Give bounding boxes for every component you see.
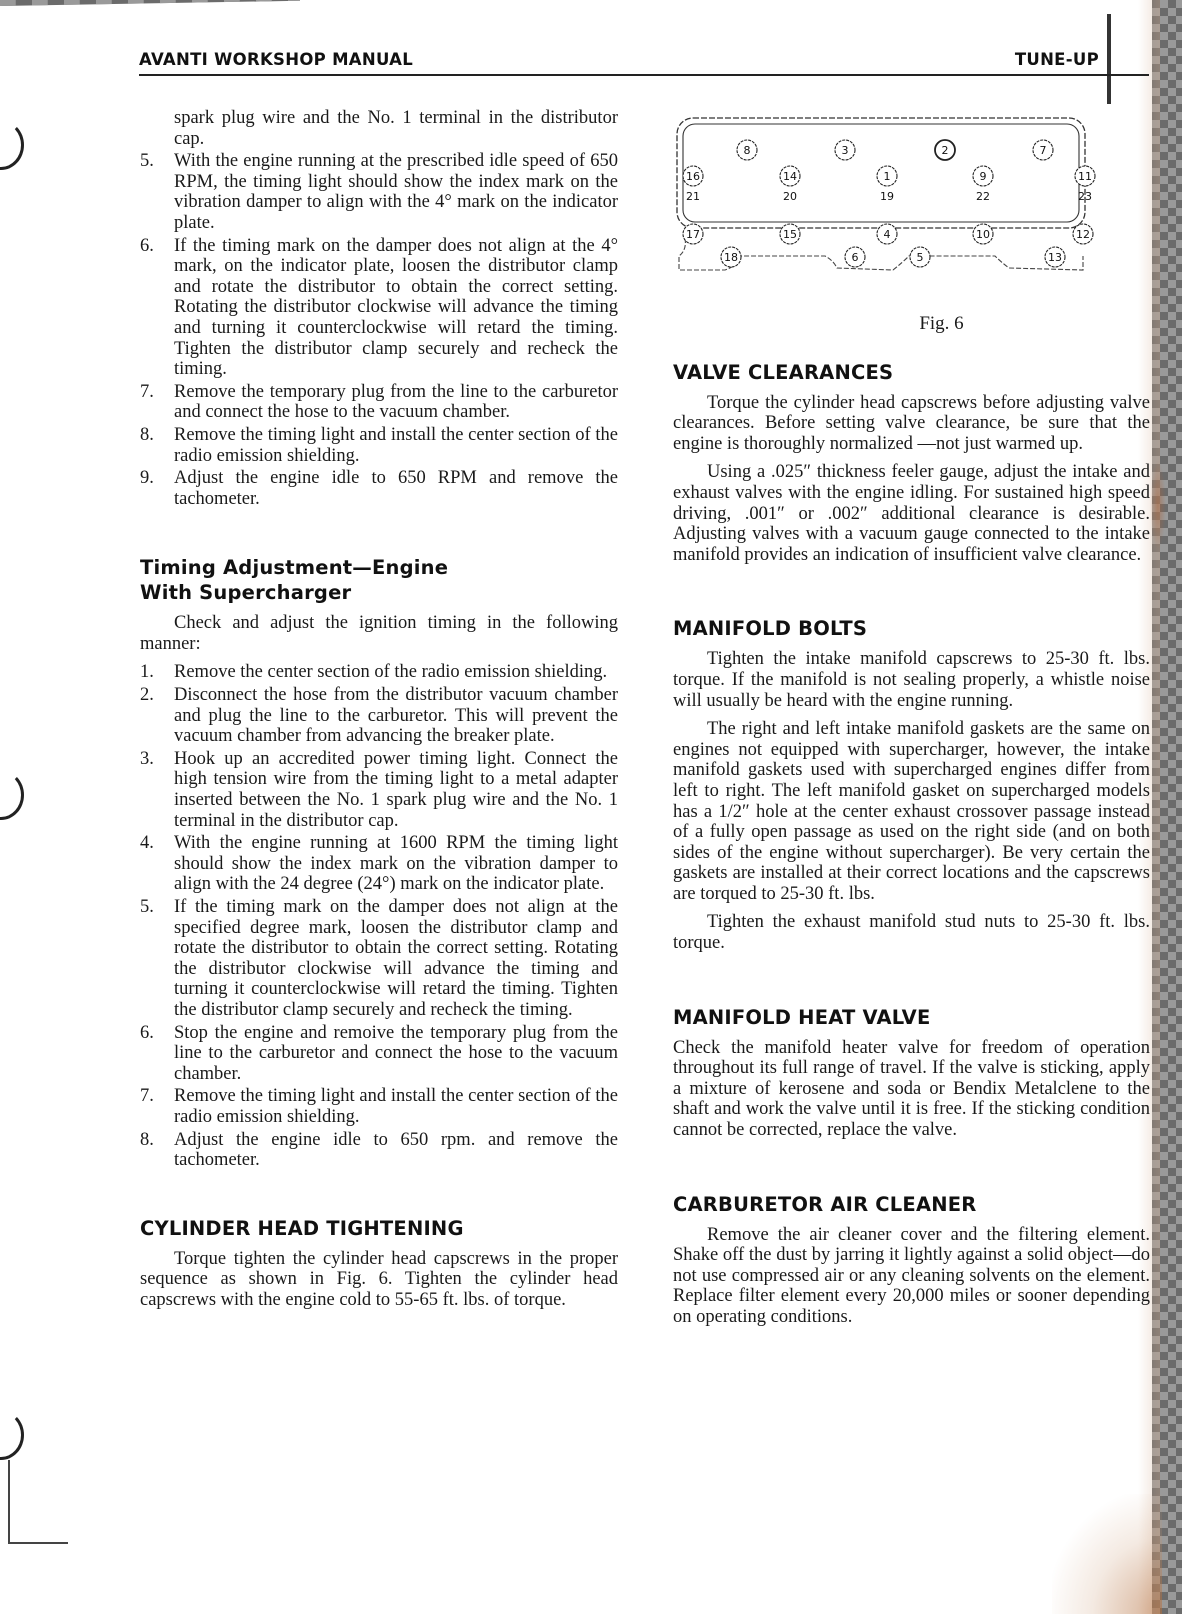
svg-text:13: 13	[1048, 251, 1062, 264]
paper-stain-corner	[1052, 1494, 1162, 1614]
header-rule	[139, 74, 1149, 76]
paper-stain-spot	[1150, 460, 1166, 550]
step-item: 7.Remove the temporary plug from the lin…	[140, 382, 618, 423]
punch-hole-top	[0, 120, 24, 170]
manifold-bolts-heading: MANIFOLD BOLTS	[673, 617, 1150, 641]
manifold-bolts-paragraph: The right and left intake manifold gaske…	[673, 719, 1150, 904]
manifold-bolts-paragraph: Tighten the intake manifold capscrews to…	[673, 649, 1150, 711]
step-item: 2.Disconnect the hose from the distribut…	[140, 685, 618, 747]
svg-text:11: 11	[1078, 170, 1092, 183]
supercharger-intro: Check and adjust the ignition timing in …	[140, 613, 618, 654]
right-column: 8327161419112120192223171541012186513 Fi…	[673, 110, 1150, 1336]
cylinder-head-bolt-diagram: 8327161419112120192223171541012186513	[665, 110, 1142, 310]
svg-text:14: 14	[783, 170, 797, 183]
svg-text:22: 22	[976, 190, 990, 203]
continued-step-text: spark plug wire and the No. 1 terminal i…	[140, 108, 618, 149]
binding-mark	[1107, 14, 1111, 104]
step-item: 4.With the engine running at 1600 RPM th…	[140, 833, 618, 895]
step-item: 3.Hook up an accredited power timing lig…	[140, 749, 618, 831]
manifold-heat-valve-text: Check the manifold heater valve for free…	[673, 1038, 1150, 1141]
svg-text:7: 7	[1040, 144, 1047, 157]
step-item: 8.Adjust the engine idle to 650 rpm. and…	[140, 1130, 618, 1171]
svg-text:6: 6	[852, 251, 859, 264]
step-item: 5.With the engine running at the prescri…	[140, 151, 618, 233]
cylinder-head-text: Torque tighten the cylinder head capscre…	[140, 1249, 618, 1311]
svg-text:2: 2	[942, 144, 949, 157]
svg-text:16: 16	[686, 170, 700, 183]
svg-text:17: 17	[686, 228, 700, 241]
air-cleaner-text: Remove the air cleaner cover and the fil…	[673, 1225, 1150, 1328]
step-item: 8.Remove the timing light and install th…	[140, 425, 618, 466]
svg-text:21: 21	[686, 190, 700, 203]
svg-text:1: 1	[884, 170, 891, 183]
scan-edge-top	[0, 0, 300, 6]
valve-clearances-paragraph: Using a .025″ thickness feeler gauge, ad…	[673, 462, 1150, 565]
manifold-heat-valve-heading: MANIFOLD HEAT VALVE	[673, 1006, 1150, 1030]
svg-text:8: 8	[744, 144, 751, 157]
step-item: 1.Remove the center section of the radio…	[140, 662, 618, 683]
margin-rule	[8, 1460, 10, 1542]
svg-text:18: 18	[724, 251, 738, 264]
cylinder-head-heading: CYLINDER HEAD TIGHTENING	[140, 1217, 618, 1241]
valve-clearances-heading: VALVE CLEARANCES	[673, 361, 1150, 385]
punch-hole-middle	[0, 770, 24, 820]
step-item: 9.Adjust the engine idle to 650 RPM and …	[140, 468, 618, 509]
step-item: 6.If the timing mark on the damper does …	[140, 236, 618, 380]
svg-text:5: 5	[917, 251, 924, 264]
section-title: TUNE-UP	[1015, 50, 1099, 69]
svg-text:23: 23	[1078, 190, 1092, 203]
air-cleaner-heading: CARBURETOR AIR CLEANER	[673, 1193, 1150, 1217]
svg-text:4: 4	[884, 228, 891, 241]
svg-text:12: 12	[1076, 228, 1090, 241]
svg-text:10: 10	[976, 228, 990, 241]
svg-text:19: 19	[880, 190, 894, 203]
page-header: AVANTI WORKSHOP MANUAL TUNE-UP	[139, 46, 1099, 72]
left-column: spark plug wire and the No. 1 terminal i…	[140, 108, 618, 1319]
svg-text:15: 15	[783, 228, 797, 241]
manual-title: AVANTI WORKSHOP MANUAL	[139, 50, 413, 69]
svg-text:20: 20	[783, 190, 797, 203]
bolt-sequence-diagram: 8327161419112120192223171541012186513	[665, 110, 1142, 290]
svg-text:9: 9	[980, 170, 987, 183]
step-item: 5.If the timing mark on the damper does …	[140, 897, 618, 1021]
step-item: 6.Stop the engine and remoive the tempor…	[140, 1023, 618, 1085]
punch-hole-bottom	[0, 1410, 24, 1460]
svg-text:3: 3	[842, 144, 849, 157]
supercharger-heading: Timing Adjustment—Engine With Supercharg…	[140, 555, 618, 605]
step-item: 7.Remove the timing light and install th…	[140, 1086, 618, 1127]
supercharger-steps: 1.Remove the center section of the radio…	[140, 662, 618, 1170]
valve-clearances-paragraph: Torque the cylinder head capscrews befor…	[673, 393, 1150, 455]
figure-caption: Fig. 6	[733, 314, 1150, 335]
margin-rule-bottom	[8, 1542, 68, 1544]
timing-steps-continued: 5.With the engine running at the prescri…	[140, 151, 618, 509]
manifold-bolts-paragraph: Tighten the exhaust manifold stud nuts t…	[673, 912, 1150, 953]
